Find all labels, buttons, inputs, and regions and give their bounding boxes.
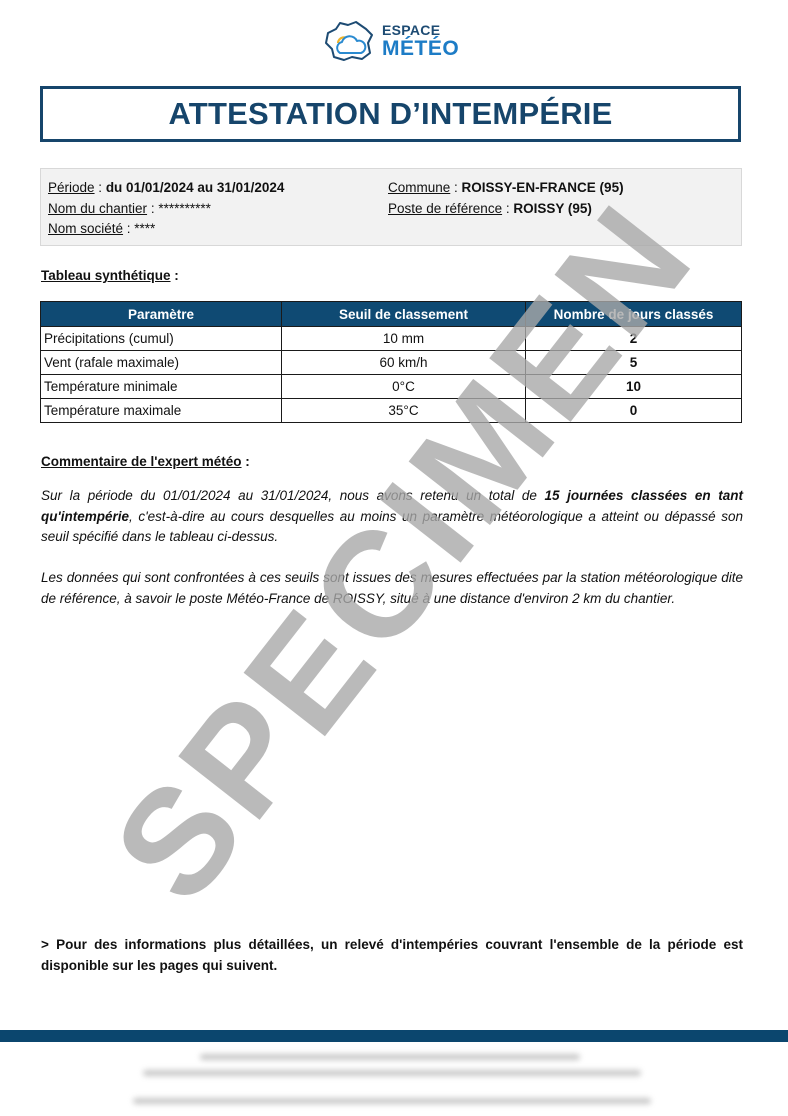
table-row: Précipitations (cumul) 10 mm 2	[41, 327, 742, 351]
periode-value: du 01/01/2024 au 31/01/2024	[106, 180, 285, 195]
page-title: ATTESTATION D’INTEMPÉRIE	[169, 96, 613, 132]
table-row: Vent (rafale maximale) 60 km/h 5	[41, 351, 742, 375]
table-row: Température maximale 35°C 0	[41, 399, 742, 423]
cell-parametre: Température maximale	[41, 399, 282, 423]
footer-band	[0, 1030, 788, 1042]
france-map-cloud-sun-icon	[322, 19, 380, 63]
comment-section-heading: Commentaire de l'expert météo :	[41, 454, 250, 469]
cell-seuil: 0°C	[282, 375, 526, 399]
commune-label: Commune	[388, 180, 450, 195]
info-societe: Nom société : ****	[48, 219, 284, 240]
footer-blurred-line	[133, 1098, 651, 1104]
cell-seuil: 35°C	[282, 399, 526, 423]
cell-jours: 5	[526, 351, 742, 375]
table-section-label: Tableau synthétique	[41, 268, 171, 283]
specimen-watermark: SPECIMEN	[79, 180, 720, 933]
separator: :	[502, 201, 513, 216]
cell-jours: 10	[526, 375, 742, 399]
footer-blurred-line	[200, 1054, 580, 1060]
societe-label: Nom société	[48, 221, 123, 236]
societe-value: ****	[134, 221, 155, 236]
separator: :	[450, 180, 461, 195]
espace-meteo-logo: ESPACE MÉTÉO	[322, 18, 472, 64]
comment-paragraph-2: Les données qui sont confrontées à ces s…	[41, 568, 743, 609]
cell-parametre: Température minimale	[41, 375, 282, 399]
periode-label: Période	[48, 180, 95, 195]
cell-parametre: Vent (rafale maximale)	[41, 351, 282, 375]
title-frame: ATTESTATION D’INTEMPÉRIE	[40, 86, 741, 142]
footer-blurred-line	[143, 1070, 641, 1076]
table-section-heading: Tableau synthétique :	[41, 268, 179, 283]
info-commune: Commune : ROISSY-EN-FRANCE (95)	[388, 178, 624, 199]
table-section-suffix: :	[171, 268, 179, 283]
cell-seuil: 60 km/h	[282, 351, 526, 375]
info-box: Période : du 01/01/2024 au 31/01/2024 No…	[40, 168, 742, 246]
commune-value: ROISSY-EN-FRANCE (95)	[462, 180, 624, 195]
table-header-row: Paramètre Seuil de classement Nombre de …	[41, 302, 742, 327]
summary-table: Paramètre Seuil de classement Nombre de …	[40, 301, 742, 423]
logo-line2: MÉTÉO	[382, 38, 459, 59]
chantier-label: Nom du chantier	[48, 201, 147, 216]
cell-seuil: 10 mm	[282, 327, 526, 351]
logo-line1: ESPACE	[382, 23, 459, 37]
info-right-column: Commune : ROISSY-EN-FRANCE (95) Poste de…	[388, 178, 624, 219]
column-header-seuil: Seuil de classement	[282, 302, 526, 327]
cell-parametre: Précipitations (cumul)	[41, 327, 282, 351]
comment-section-label: Commentaire de l'expert météo	[41, 454, 242, 469]
comment-text: Sur la période du 01/01/2024 au 31/01/20…	[41, 488, 544, 503]
separator: :	[123, 221, 134, 236]
poste-value: ROISSY (95)	[513, 201, 592, 216]
comment-section-suffix: :	[242, 454, 250, 469]
info-poste: Poste de référence : ROISSY (95)	[388, 199, 624, 220]
comment-text: , c'est-à-dire au cours desquelles au mo…	[41, 509, 743, 545]
comment-paragraph-1: Sur la période du 01/01/2024 au 31/01/20…	[41, 486, 743, 548]
info-left-column: Période : du 01/01/2024 au 31/01/2024 No…	[48, 178, 284, 240]
cell-jours: 0	[526, 399, 742, 423]
column-header-parametre: Paramètre	[41, 302, 282, 327]
poste-label: Poste de référence	[388, 201, 502, 216]
info-periode: Période : du 01/01/2024 au 31/01/2024	[48, 178, 284, 199]
separator: :	[147, 201, 158, 216]
cell-jours: 2	[526, 327, 742, 351]
table-row: Température minimale 0°C 10	[41, 375, 742, 399]
detail-note: > Pour des informations plus détaillées,…	[41, 934, 743, 976]
separator: :	[95, 180, 106, 195]
info-chantier: Nom du chantier : **********	[48, 199, 284, 220]
column-header-nombre-jours: Nombre de jours classés	[526, 302, 742, 327]
chantier-value: **********	[158, 201, 211, 216]
